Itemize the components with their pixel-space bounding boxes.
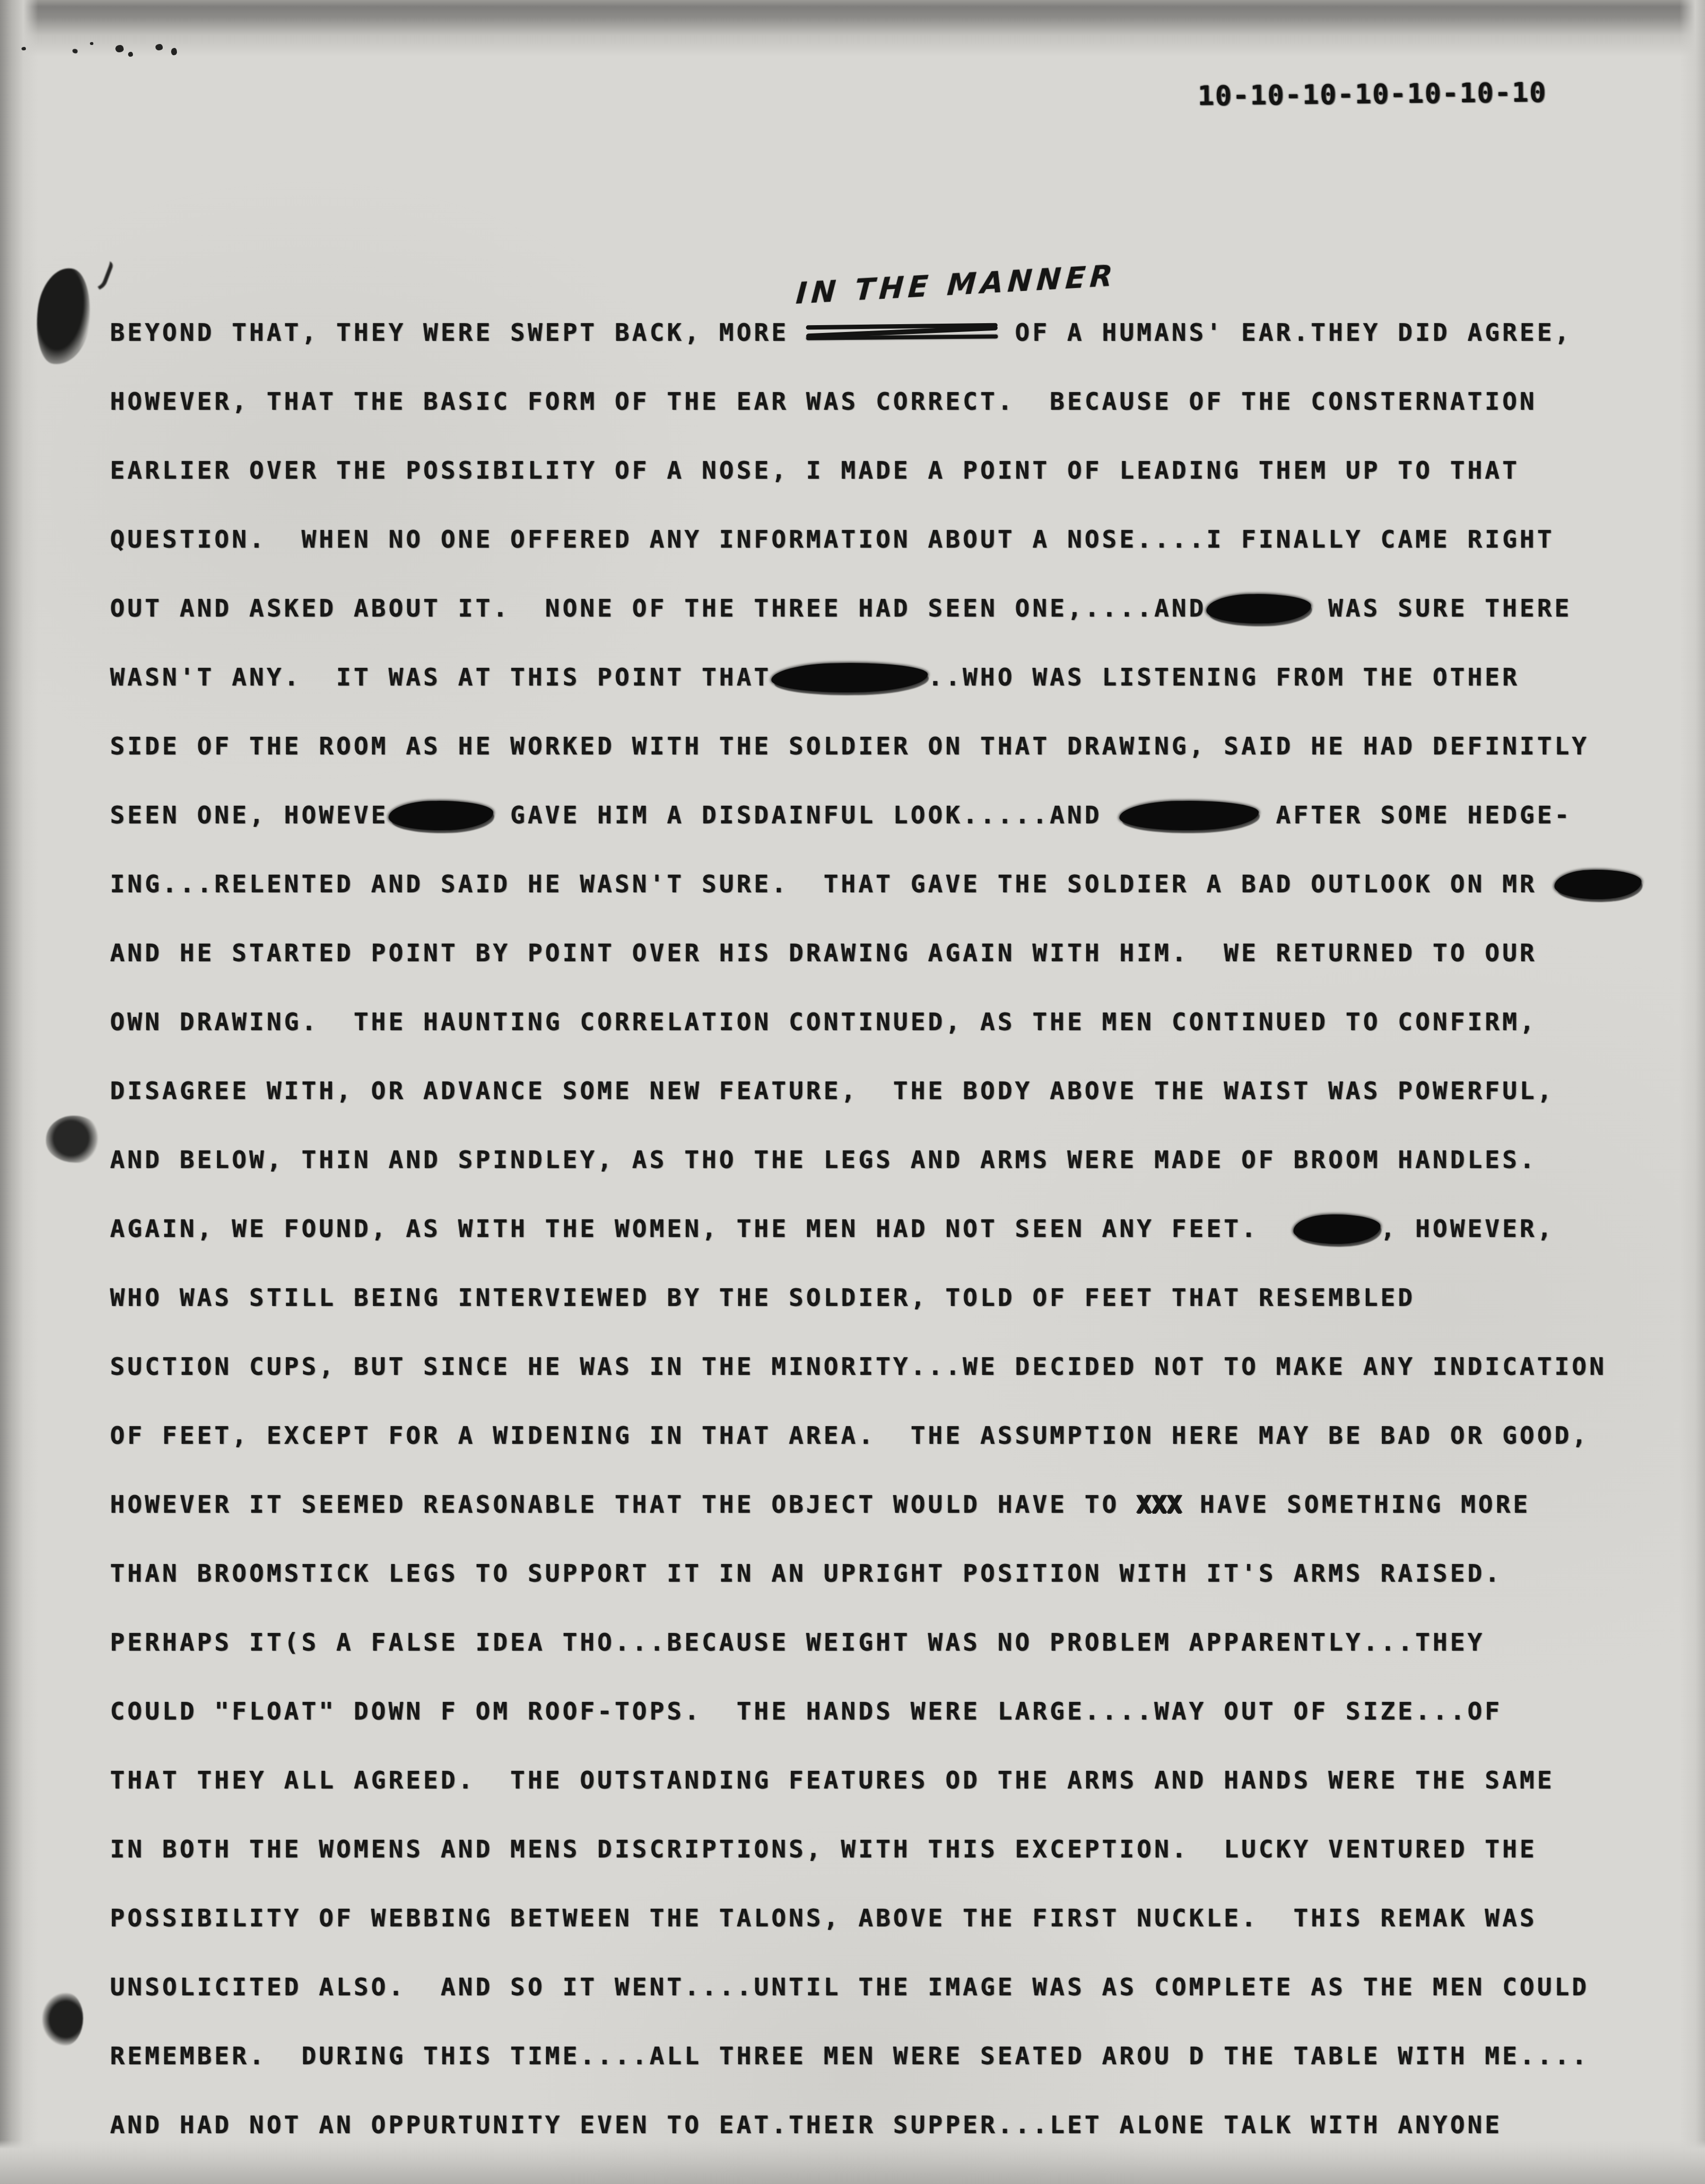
typed-text: WHO WAS STILL BEING INTERVIEWED BY THE S… [110, 1283, 1415, 1312]
ink-redaction-blob [1554, 869, 1642, 900]
ink-redaction-blob [1206, 594, 1311, 624]
typed-text: ING...RELENTED AND SAID HE WASN'T SURE. … [110, 870, 1554, 898]
handwritten-annotation: IN THE MANNER [795, 259, 1118, 311]
ink-redaction-blob [771, 662, 928, 693]
typed-line: AND BELOW, THIN AND SPINDLEY, AS THO THE… [110, 1145, 1537, 1175]
typed-line: HOWEVER IT SEEMED REASONABLE THAT THE OB… [110, 1489, 1530, 1520]
typed-text: IN BOTH THE WOMENS AND MENS DISCRIPTIONS… [110, 1835, 1537, 1863]
typed-line: BEYOND THAT, THEY WERE SWEPT BACK, MORE … [110, 317, 1572, 348]
typed-overstrike-correction: XXX [1137, 1490, 1182, 1519]
typed-line: OUT AND ASKED ABOUT IT. NONE OF THE THRE… [110, 593, 1572, 623]
typed-line: OWN DRAWING. THE HAUNTING CORRELATION CO… [110, 1007, 1537, 1037]
typed-text: DISAGREE WITH, OR ADVANCE SOME NEW FEATU… [110, 1077, 1554, 1105]
typed-line: HOWEVER, THAT THE BASIC FORM OF THE EAR … [110, 386, 1537, 417]
typed-line: QUESTION. WHEN NO ONE OFFERED ANY INFORM… [110, 524, 1554, 554]
typed-text: AND BELOW, THIN AND SPINDLEY, AS THO THE… [110, 1146, 1537, 1174]
typed-text: SEEN ONE, HOWEVE [110, 801, 389, 829]
typed-text: , HOWEVER, [1380, 1214, 1554, 1243]
typed-line: IN BOTH THE WOMENS AND MENS DISCRIPTIONS… [110, 1834, 1537, 1864]
typed-line: UNSOLICITED ALSO. AND SO IT WENT....UNTI… [110, 1972, 1589, 2002]
typed-text: SIDE OF THE ROOM AS HE WORKED WITH THE S… [110, 732, 1589, 760]
typed-text: SUCTION CUPS, BUT SINCE HE WAS IN THE MI… [110, 1352, 1607, 1381]
typed-text: OF A HUMANS' EAR.THEY DID AGREE, [998, 318, 1572, 347]
typed-line: AND HE STARTED POINT BY POINT OVER HIS D… [110, 938, 1537, 968]
ink-redaction-blob [1119, 800, 1259, 831]
typed-text: AND HE STARTED POINT BY POINT OVER HIS D… [110, 939, 1537, 967]
strikethrough-scribble [806, 321, 998, 342]
typed-text: HOWEVER, THAT THE BASIC FORM OF THE EAR … [110, 387, 1537, 416]
ink-redaction-blob [1293, 1214, 1381, 1244]
document-page: 10-10-10-10-10-10-10 IN THE MANNER BEYON… [0, 0, 1705, 2184]
typed-text: UNSOLICITED ALSO. AND SO IT WENT....UNTI… [110, 1973, 1589, 2001]
typed-line: REMEMBER. DURING THIS TIME....ALL THREE … [110, 2041, 1589, 2071]
typed-line: AND HAD NOT AN OPPURTUNITY EVEN TO EAT.T… [110, 2110, 1502, 2140]
typed-text: OUT AND ASKED ABOUT IT. NONE OF THE THRE… [110, 594, 1206, 622]
typed-text: HOWEVER IT SEEMED REASONABLE THAT THE OB… [110, 1490, 1137, 1519]
typed-text: THAT THEY ALL AGREED. THE OUTSTANDING FE… [110, 1766, 1554, 1794]
typed-line: PERHAPS IT(S A FALSE IDEA THO...BECAUSE … [110, 1627, 1485, 1657]
typed-line: SUCTION CUPS, BUT SINCE HE WAS IN THE MI… [110, 1351, 1607, 1382]
typed-line: WASN'T ANY. IT WAS AT THIS POINT THAT..W… [110, 662, 1520, 692]
typed-text: POSSIBILITY OF WEBBING BETWEEN THE TALON… [110, 1904, 1537, 1932]
typed-line: THAT THEY ALL AGREED. THE OUTSTANDING FE… [110, 1765, 1554, 1795]
typed-text: QUESTION. WHEN NO ONE OFFERED ANY INFORM… [110, 525, 1554, 553]
typed-line: EARLIER OVER THE POSSIBILITY OF A NOSE, … [110, 455, 1520, 485]
typed-line: OF FEET, EXCEPT FOR A WIDENING IN THAT A… [110, 1420, 1589, 1451]
typed-text-layer: 10-10-10-10-10-10-10 IN THE MANNER BEYON… [0, 0, 1705, 2184]
typed-line: SIDE OF THE ROOM AS HE WORKED WITH THE S… [110, 731, 1589, 761]
typed-text: HAVE SOMETHING MORE [1182, 1490, 1530, 1519]
typed-text: OWN DRAWING. THE HAUNTING CORRELATION CO… [110, 1008, 1537, 1036]
typed-line: WHO WAS STILL BEING INTERVIEWED BY THE S… [110, 1282, 1415, 1313]
typed-text: THAN BROOMSTICK LEGS TO SUPPORT IT IN AN… [110, 1559, 1502, 1588]
typed-line: AGAIN, WE FOUND, AS WITH THE WOMEN, THE … [110, 1213, 1554, 1244]
typed-text: AGAIN, WE FOUND, AS WITH THE WOMEN, THE … [110, 1214, 1293, 1243]
typed-text: COULD "FLOAT" DOWN F OM ROOF-TOPS. THE H… [110, 1697, 1502, 1725]
typed-text: AFTER SOME HEDGE- [1259, 801, 1572, 829]
typed-text: OF FEET, EXCEPT FOR A WIDENING IN THAT A… [110, 1421, 1589, 1450]
typed-line: COULD "FLOAT" DOWN F OM ROOF-TOPS. THE H… [110, 1696, 1502, 1726]
typed-text: EARLIER OVER THE POSSIBILITY OF A NOSE, … [110, 456, 1520, 485]
page-number-header: 10-10-10-10-10-10-10 [1198, 76, 1547, 111]
typed-text: PERHAPS IT(S A FALSE IDEA THO...BECAUSE … [110, 1628, 1485, 1656]
typed-text: ..WHO WAS LISTENING FROM THE OTHER [928, 663, 1520, 691]
typed-text: AND HAD NOT AN OPPURTUNITY EVEN TO EAT.T… [110, 2111, 1502, 2139]
typed-line: POSSIBILITY OF WEBBING BETWEEN THE TALON… [110, 1903, 1537, 1933]
typed-text: GAVE HIM A DISDAINFUL LOOK.....AND [493, 801, 1119, 829]
ink-redaction-blob [388, 800, 493, 831]
typed-line: SEEN ONE, HOWEVE GAVE HIM A DISDAINFUL L… [110, 800, 1572, 830]
typed-line: ING...RELENTED AND SAID HE WASN'T SURE. … [110, 869, 1641, 899]
typed-text: WASN'T ANY. IT WAS AT THIS POINT THAT [110, 663, 771, 691]
typed-text: BEYOND THAT, THEY WERE SWEPT BACK, MORE [110, 318, 806, 347]
typed-text: WAS SURE THERE [1311, 594, 1572, 622]
typed-line: THAN BROOMSTICK LEGS TO SUPPORT IT IN AN… [110, 1558, 1502, 1588]
typed-line: DISAGREE WITH, OR ADVANCE SOME NEW FEATU… [110, 1076, 1554, 1106]
typed-text: REMEMBER. DURING THIS TIME....ALL THREE … [110, 2042, 1589, 2070]
